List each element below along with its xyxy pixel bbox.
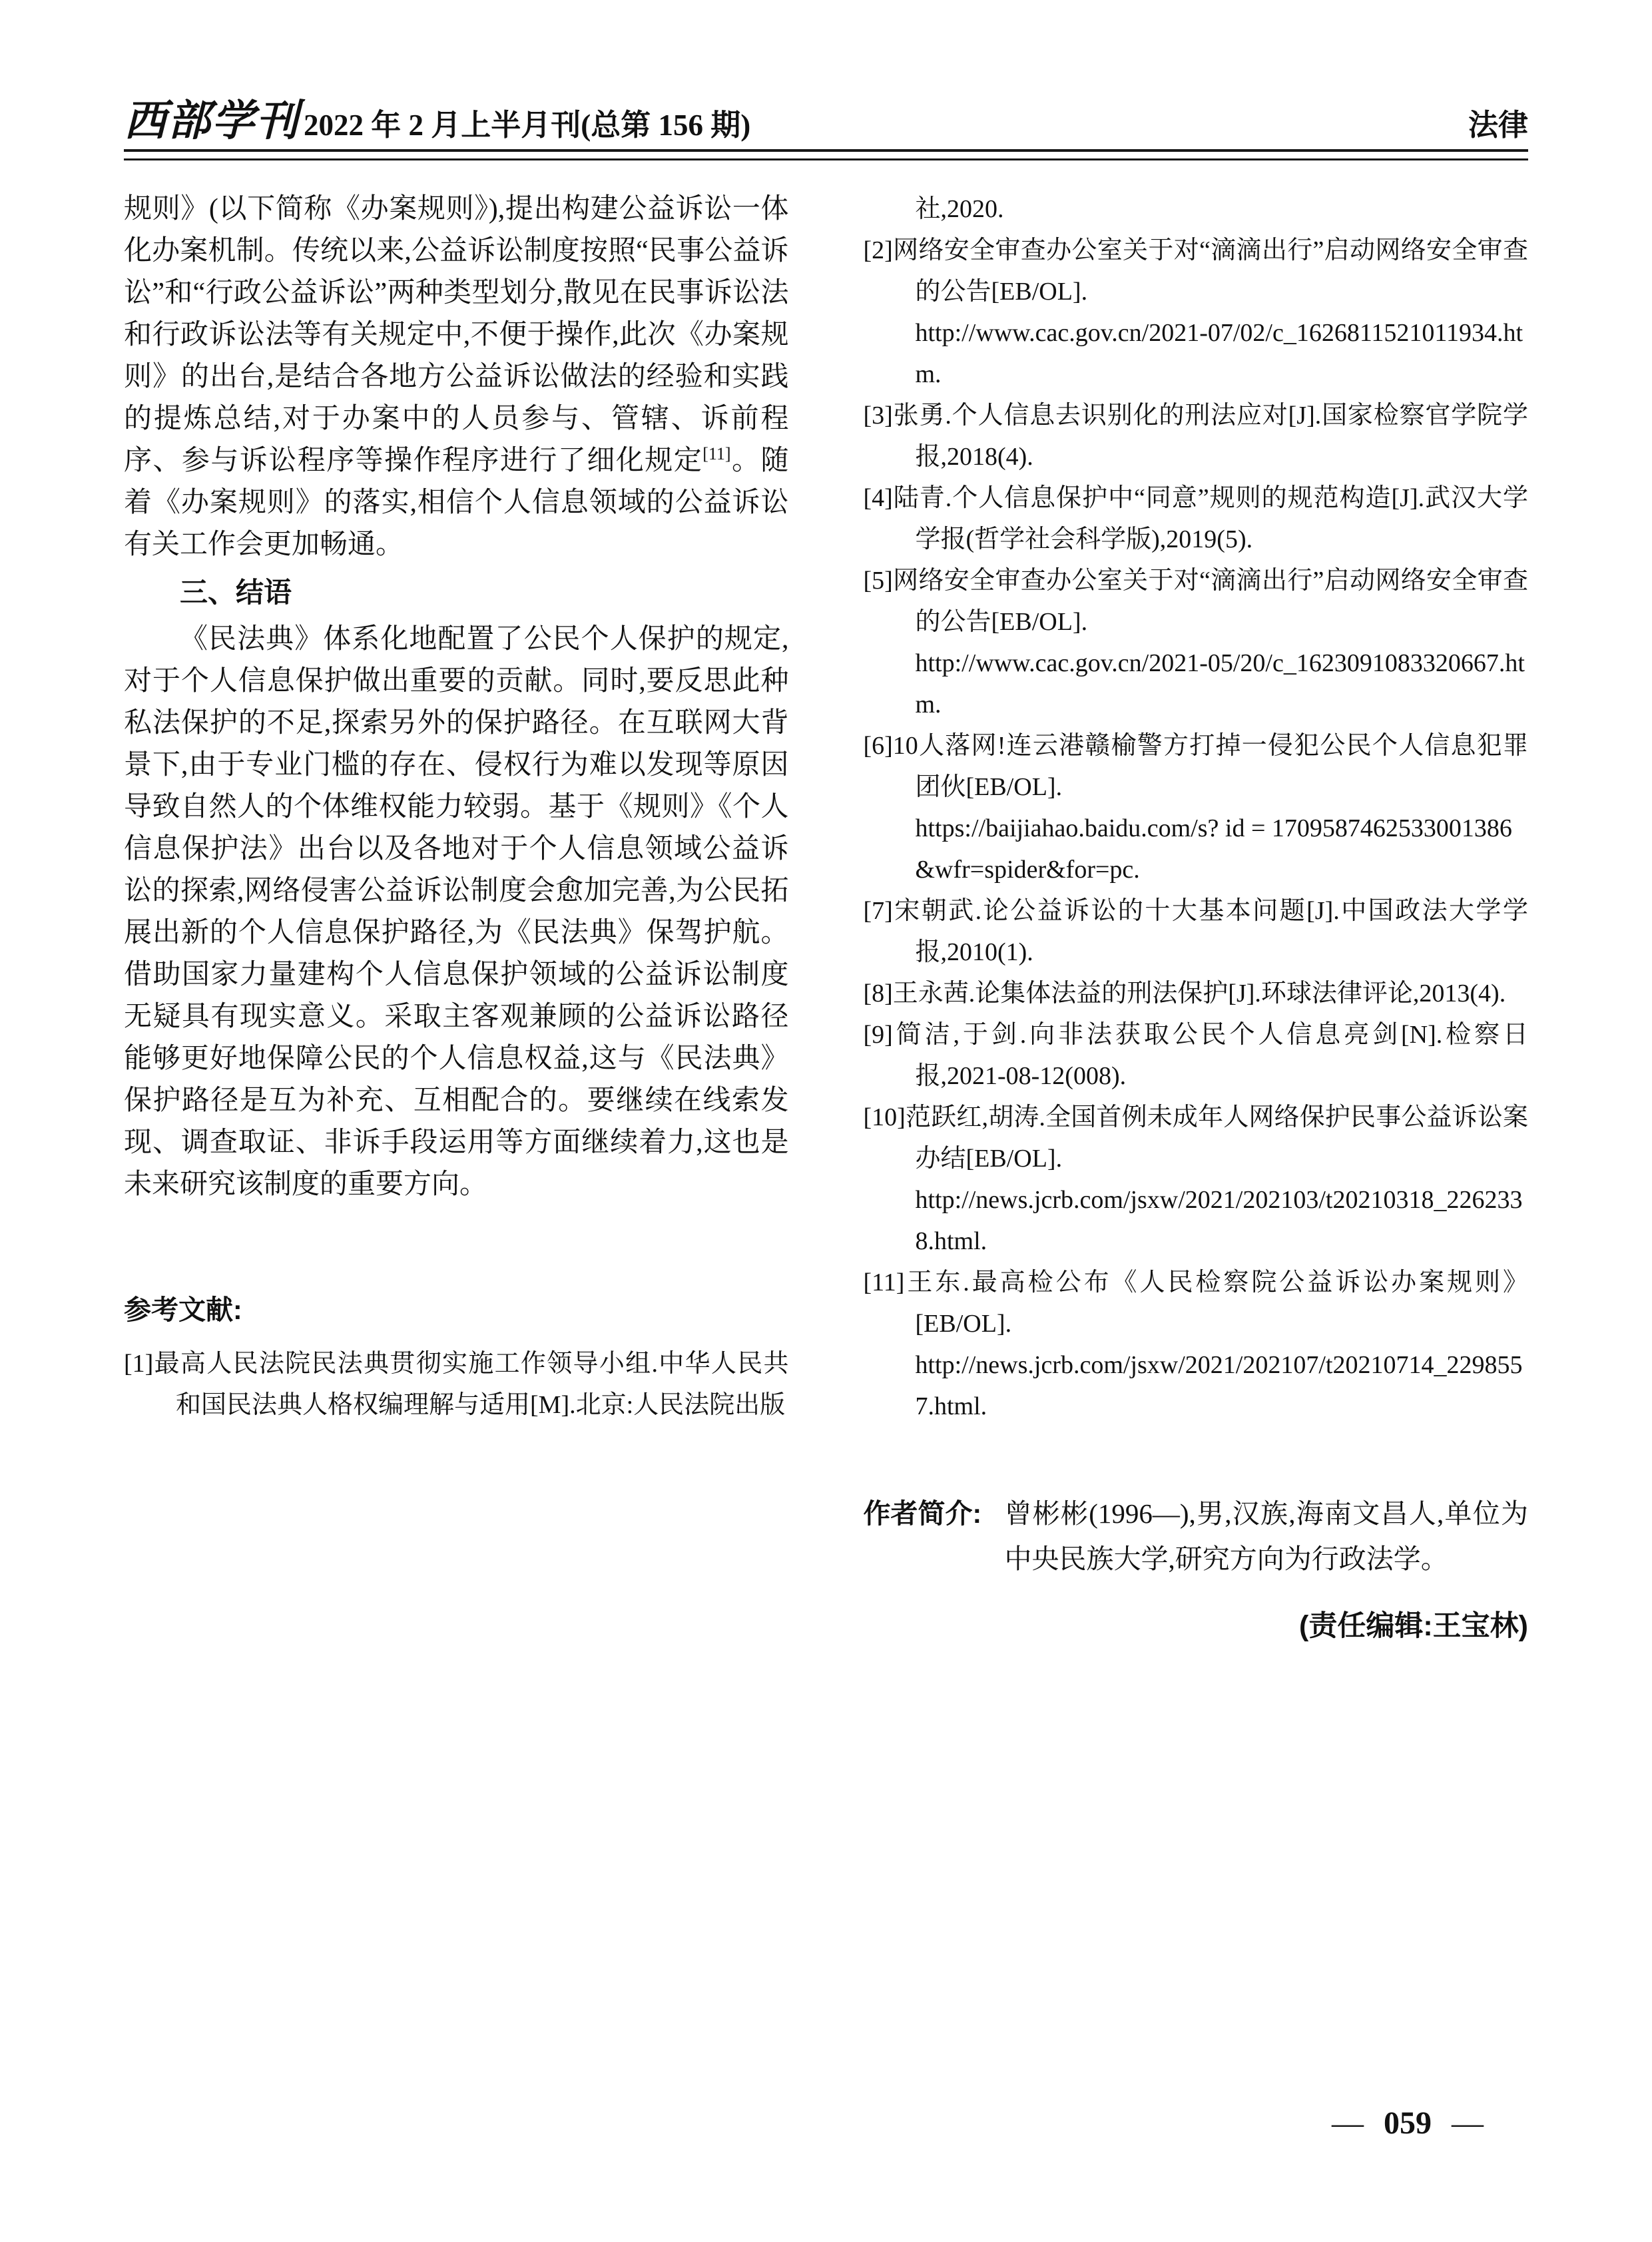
reference-item-3: [3]张勇.个人信息去识别化的刑法应对[J].国家检察官学院学报,2018(4)… <box>864 395 1529 477</box>
reference-item-7: [7]宋朝武.论公益诉讼的十大基本问题[J].中国政法大学学报,2010(1). <box>864 890 1529 973</box>
reference-item-2: [2]网络安全审查办公室关于对“滴滴出行”启动网络安全审查的公告[EB/OL].… <box>864 230 1529 395</box>
reference-text: [8]王永茜.论集体法益的刑法保护[J].环球法律评论,2013(4). <box>864 980 1506 1007</box>
reference-item-1-continuation: 社,2020. <box>864 188 1529 230</box>
reference-url: http://www.cac.gov.cn/2021-05/20/c_16230… <box>916 643 1529 725</box>
reference-text: [7]宋朝武.论公益诉讼的十大基本问题[J].中国政法大学学报,2010(1). <box>864 897 1529 966</box>
section-label: 法律 <box>1468 109 1528 142</box>
reference-text: [11]王东.最高检公布《人民检察院公益诉讼办案规则》[EB/OL]. <box>864 1268 1529 1338</box>
article-columns: 规则》(以下简称《办案规则》),提出构建公益诉讼一体化办案机制。传统以来,公益诉… <box>124 188 1528 1647</box>
reference-item-5: [5]网络安全审查办公室关于对“滴滴出行”启动网络安全审查的公告[EB/OL].… <box>864 560 1529 725</box>
reference-item-10: [10]范跃红,胡涛.全国首例未成年人网络保护民事公益诉讼案办结[EB/OL].… <box>864 1097 1529 1262</box>
conclusion-paragraph: 《民法典》体系化地配置了公民个人保护的规定,对于个人信息保护做出重要的贡献。同时… <box>124 619 789 1206</box>
author-bio-text: 曾彬彬(1996—),男,汉族,海南文昌人,单位为中央民族大学,研究方向为行政法… <box>1005 1498 1529 1574</box>
issue-info: 2022 年 2 月上半月刊(总第 156 期) <box>304 109 750 142</box>
conclusion-heading: 三、结语 <box>124 571 789 613</box>
reference-text: [9]简洁,于剑.向非法获取公民个人信息亮剑[N].检察日报,2021-08-1… <box>864 1021 1529 1090</box>
reference-item-6: [6]10人落网!连云港赣榆警方打掉一侵犯公民个人信息犯罪团伙[EB/OL].h… <box>864 725 1529 890</box>
page-number: 059 <box>1384 2105 1432 2141</box>
reference-text: [4]陆青.个人信息保护中“同意”规则的规范构造[J].武汉大学学报(哲学社会科… <box>864 484 1529 553</box>
reference-text: [2]网络安全审查办公室关于对“滴滴出行”启动网络安全审查的公告[EB/OL]. <box>864 236 1529 306</box>
page-header: 西部学刊 2022 年 2 月上半月刊(总第 156 期) 法律 <box>124 100 1528 149</box>
reference-text: [5]网络安全审查办公室关于对“滴滴出行”启动网络安全审查的公告[EB/OL]. <box>864 567 1529 636</box>
reference-text: [10]范跃红,胡涛.全国首例未成年人网络保护民事公益诉讼案办结[EB/OL]. <box>864 1103 1529 1173</box>
editor-note: (责任编辑:王宝林) <box>864 1605 1529 1647</box>
reference-item-9: [9]简洁,于剑.向非法获取公民个人信息亮剑[N].检察日报,2021-08-1… <box>864 1014 1529 1097</box>
author-bio-label: 作者简介: <box>864 1491 982 1536</box>
reference-text: [3]张勇.个人信息去识别化的刑法应对[J].国家检察官学院学报,2018(4)… <box>864 402 1529 471</box>
reference-url: http://news.jcrb.com/jsxw/2021/202103/t2… <box>916 1179 1529 1262</box>
reference-item-11: [11]王东.最高检公布《人民检察院公益诉讼办案规则》[EB/OL].http:… <box>864 1262 1529 1427</box>
page-footer: — 059 — <box>1320 2105 1496 2142</box>
reference-url: http://www.cac.gov.cn/2021-07/02/c_16268… <box>916 312 1529 395</box>
journal-logo: 西部学刊 <box>124 100 300 142</box>
reference-url: https://baijiahao.baidu.com/s? id = 1709… <box>916 808 1529 890</box>
reference-item-4: [4]陆青.个人信息保护中“同意”规则的规范构造[J].武汉大学学报(哲学社会科… <box>864 477 1529 560</box>
reference-url: http://news.jcrb.com/jsxw/2021/202107/t2… <box>916 1344 1529 1427</box>
reference-item-1: [1]最高人民法院民法典贯彻实施工作领导小组.中华人民共和国民法典人格权编理解与… <box>124 1343 789 1426</box>
reference-item-8: [8]王永茜.论集体法益的刑法保护[J].环球法律评论,2013(4). <box>864 973 1529 1014</box>
left-column: 规则》(以下简称《办案规则》),提出构建公益诉讼一体化办案机制。传统以来,公益诉… <box>124 188 789 1647</box>
footnote-marker: [11] <box>702 444 730 463</box>
journal-page: 西部学刊 2022 年 2 月上半月刊(总第 156 期) 法律 规则》(以下简… <box>0 0 1652 2242</box>
footer-dash-left: — <box>1320 2105 1376 2141</box>
footer-dash-right: — <box>1440 2105 1496 2141</box>
right-column: 社,2020. [2]网络安全审查办公室关于对“滴滴出行”启动网络安全审查的公告… <box>864 188 1529 1647</box>
body-paragraph-continuation: 规则》(以下简称《办案规则》),提出构建公益诉讼一体化办案机制。传统以来,公益诉… <box>124 188 789 566</box>
author-bio: 作者简介: 曾彬彬(1996—),男,汉族,海南文昌人,单位为中央民族大学,研究… <box>864 1491 1529 1581</box>
header-divider <box>124 149 1528 160</box>
references-heading: 参考文献: <box>124 1291 789 1328</box>
reference-text: [6]10人落网!连云港赣榆警方打掉一侵犯公民个人信息犯罪团伙[EB/OL]. <box>864 732 1529 801</box>
paragraph-text: 规则》(以下简称《办案规则》),提出构建公益诉讼一体化办案机制。传统以来,公益诉… <box>124 194 789 476</box>
